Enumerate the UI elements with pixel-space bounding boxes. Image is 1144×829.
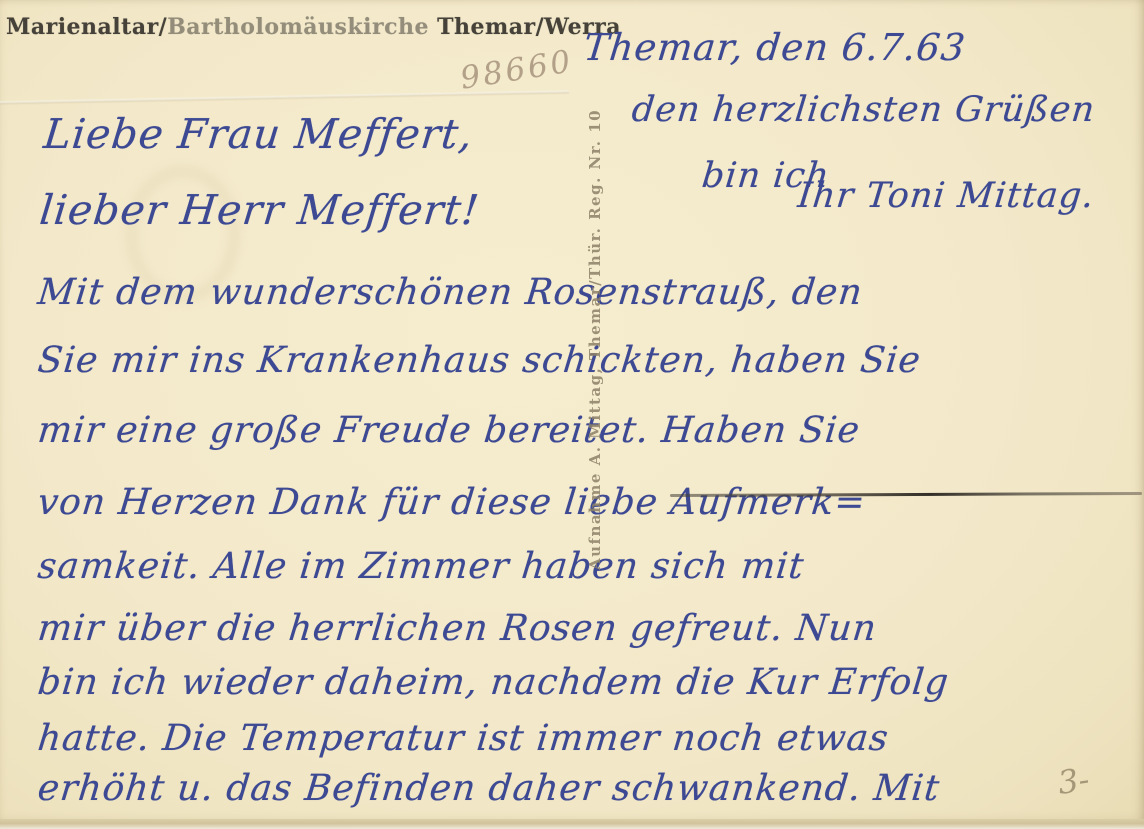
pencil-price-mark: 3- — [1056, 760, 1092, 802]
body-line: von Herzen Dank für diese liebe Aufmerk= — [36, 482, 868, 523]
body-line: erhöht u. das Befinden daher schwankend.… — [36, 768, 942, 809]
postcard-back: Marienaltar/Bartholomäuskirche Themar/We… — [0, 0, 1144, 829]
card-bottom-edge — [0, 819, 1144, 829]
closing-signature: Ihr Toni Mittag. — [796, 176, 1097, 216]
body-line: samkeit. Alle im Zimmer haben sich mit — [36, 546, 807, 587]
body-line: hatte. Die Temperatur ist immer noch etw… — [36, 718, 891, 759]
body-line: bin ich wieder daheim, nachdem die Kur E… — [36, 662, 951, 703]
dateline: Themar, den 6.7.63 — [582, 26, 968, 69]
body-line: Sie mir ins Krankenhaus schickten, haben… — [36, 340, 923, 381]
vertical-photo-credit: Aufnahme A. Mittag, Themar/Thür. Reg. Nr… — [586, 158, 616, 570]
salutation-line-2: lieber Herr Meffert! — [37, 186, 481, 234]
body-line: Mit dem wunderschönen Rosenstrauß, den — [36, 272, 865, 313]
pencil-inventory-number: 98660 — [458, 43, 576, 96]
printed-caption-part1: Marienaltar/ — [6, 14, 167, 40]
printed-caption: Marienaltar/Bartholomäuskirche Themar/We… — [6, 14, 621, 40]
closing-line-1: den herzlichsten Grüßen — [630, 90, 1097, 130]
salutation-line-1: Liebe Frau Meffert, — [41, 110, 475, 158]
body-line: mir eine große Freude bereitet. Haben Si… — [36, 410, 862, 451]
address-divider-line — [670, 492, 1142, 497]
body-line: mir über die herrlichen Rosen gefreut. N… — [36, 608, 879, 649]
printed-caption-part2: Bartholomäuskirche — [167, 14, 429, 40]
